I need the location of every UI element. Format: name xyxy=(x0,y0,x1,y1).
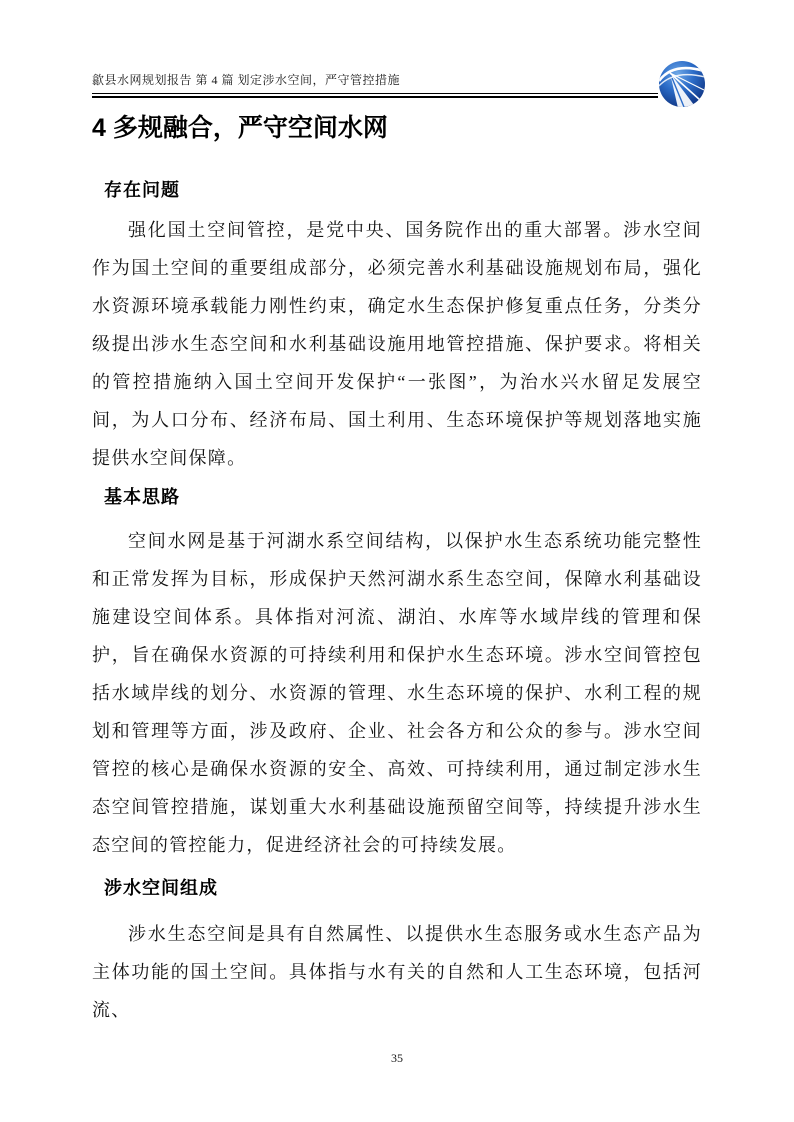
paragraph-problems: 强化国土空间管控，是党中央、国务院作出的重大部署。涉水空间作为国土空间的重要组成… xyxy=(92,211,702,477)
water-network-logo-icon xyxy=(658,60,706,108)
paragraph-approach: 空间水网是基于河湖水系空间结构，以保护水生态系统功能完整性和正常发挥为目标，形成… xyxy=(92,522,702,864)
section-heading-composition: 涉水空间组成 xyxy=(92,876,702,901)
document-page: 歙县水网规划报告 第 4 篇 划定涉水空间，严守管控措施 xyxy=(0,0,794,1122)
chapter-title: 4 多规融合，严守空间水网 xyxy=(92,112,702,144)
paragraph-composition: 涉水生态空间是具有自然属性、以提供水生态服务或水生态产品为主体功能的国土空间。具… xyxy=(92,915,702,1029)
section-heading-problems: 存在问题 xyxy=(92,178,702,203)
header-title: 歙县水网规划报告 第 4 篇 划定涉水空间，严守管控措施 xyxy=(92,70,702,90)
header-rule xyxy=(92,93,658,98)
section-heading-approach: 基本思路 xyxy=(92,485,702,510)
page-number: 35 xyxy=(92,1051,702,1066)
page-header: 歙县水网规划报告 第 4 篇 划定涉水空间，严守管控措施 xyxy=(92,70,702,98)
